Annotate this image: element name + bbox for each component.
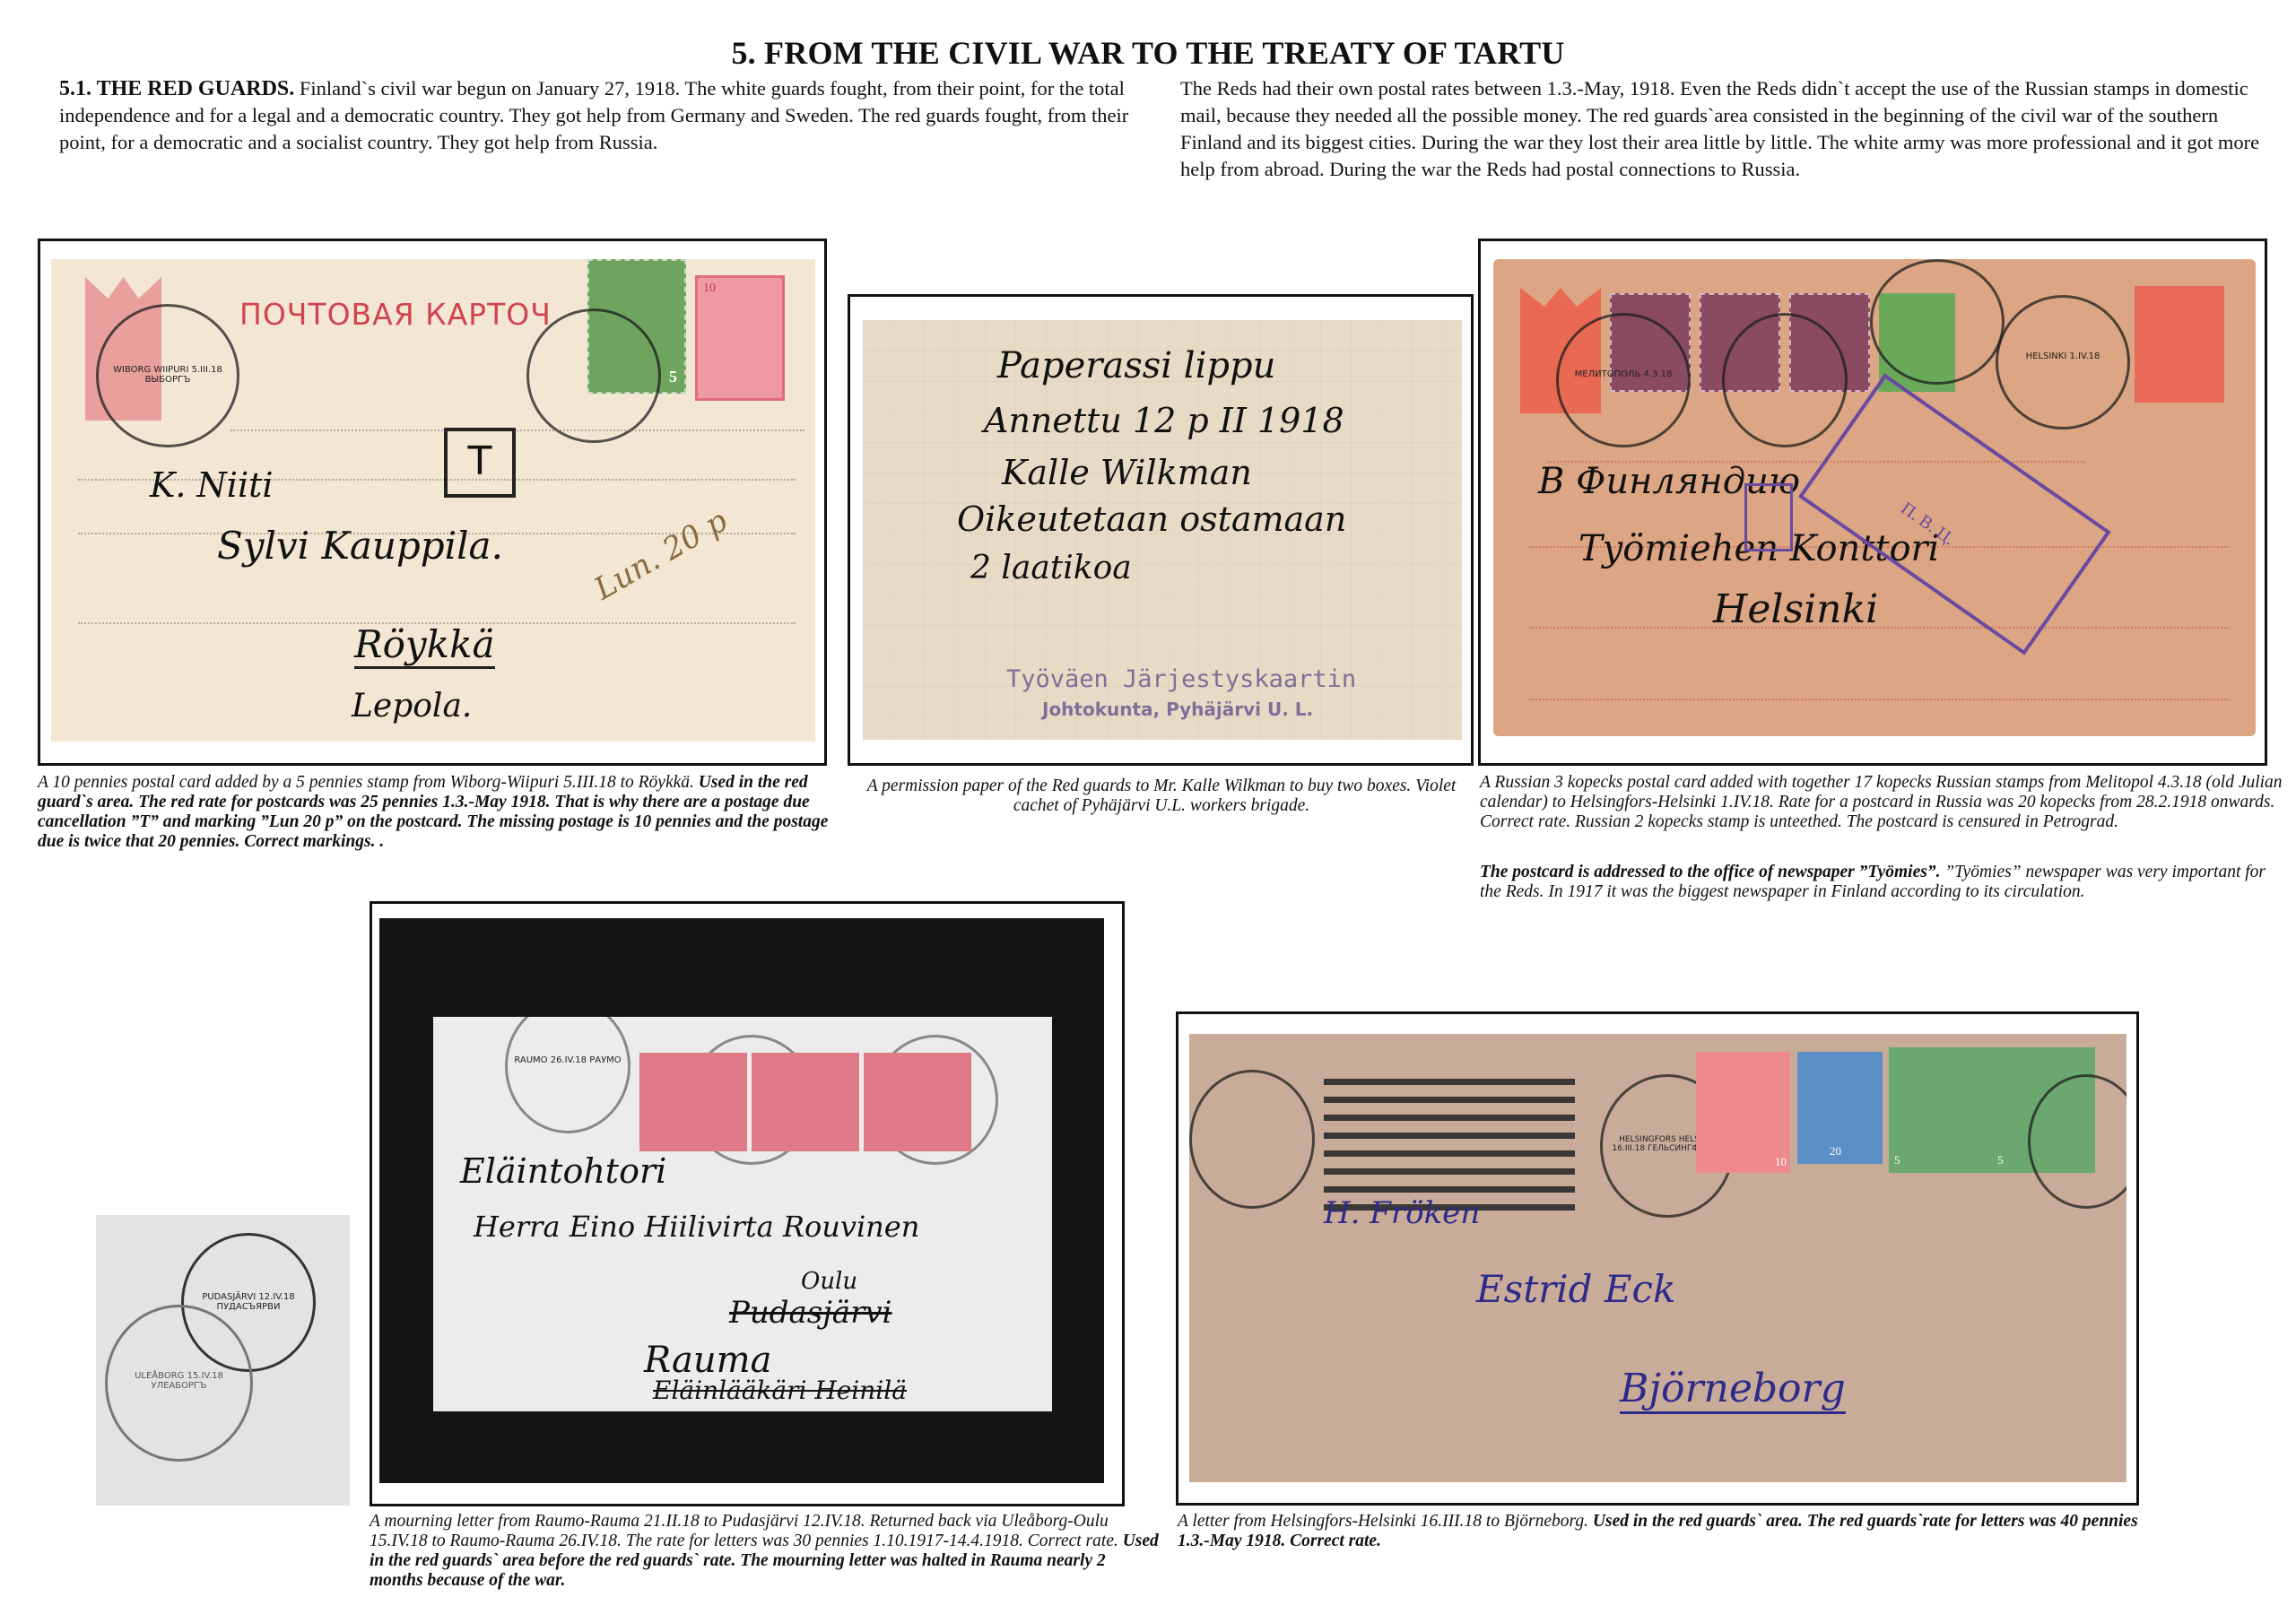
stamp-green-5p: 5 bbox=[1889, 1047, 1992, 1173]
page-title: 5. FROM THE CIVIL WAR TO THE TREATY OF T… bbox=[0, 34, 2296, 72]
stamp-red-10p bbox=[864, 1053, 971, 1151]
postage-due-t-mark: T bbox=[444, 428, 516, 498]
caption-russian-postal-card: A Russian 3 kopecks postal card added wi… bbox=[1480, 773, 2287, 832]
postal-card-wiborg-image: WIBORG WIIPURI 5.III.18 ВЫБОРГЪ ПОЧТОВАЯ… bbox=[51, 259, 815, 742]
handwriting-line: Lepola. bbox=[352, 688, 472, 725]
mourning-letter-image: RAUMO 26.IV.18 РАУМО Eläintohtori Herra … bbox=[379, 918, 1104, 1483]
caption-helsinki-letter: A letter from Helsingfors-Helsinki 16.II… bbox=[1178, 1512, 2164, 1551]
handwriting-line: Pudasjärvi bbox=[729, 1295, 891, 1331]
handwriting-line: Kalle Wilkman bbox=[1002, 453, 1252, 492]
handwriting-line: Annettu 12 p II 1918 bbox=[984, 401, 1344, 440]
postmark-helsinki bbox=[1189, 1070, 1315, 1209]
postmark-helsinki: HELSINKI 1.IV.18 bbox=[1996, 295, 2130, 430]
handwriting-line: Björneborg bbox=[1620, 1366, 1846, 1414]
handwriting-line: H. Fröken bbox=[1324, 1195, 1480, 1231]
permission-paper-image: Paperassi lippu Annettu 12 p II 1918 Kal… bbox=[863, 320, 1462, 740]
violet-cachet-line1: Työväen Järjestyskaartin bbox=[1006, 665, 1356, 693]
stamp-red-10p: 10 bbox=[1696, 1052, 1790, 1173]
postmark-raumo: RAUMO 26.IV.18 РАУМО bbox=[505, 1017, 631, 1133]
helsinki-letter-frame: HELSINGFORS HELSINKI 16.III.18 ГЕЛЬСИНГФ… bbox=[1176, 1011, 2139, 1506]
postmark-wiborg-right bbox=[526, 308, 661, 443]
violet-cachet-line2: Johtokunta, Pyhäjärvi U. L. bbox=[1042, 699, 1313, 720]
mourning-letter-white-area: RAUMO 26.IV.18 РАУМО Eläintohtori Herra … bbox=[433, 1017, 1052, 1411]
helsinki-letter-image: HELSINGFORS HELSINKI 16.III.18 ГЕЛЬСИНГФ… bbox=[1189, 1034, 2126, 1482]
stamp-red-10p bbox=[752, 1053, 859, 1151]
postmark-uleaborg: ULEÅBORG 15.IV.18 УЛЕАБОРГЪ bbox=[105, 1305, 253, 1462]
handwriting-line: Paperassi lippu bbox=[997, 345, 1275, 386]
handwriting-line: Estrid Eck bbox=[1476, 1267, 1675, 1311]
mourning-letter-frame: RAUMO 26.IV.18 РАУМО Eläintohtori Herra … bbox=[370, 901, 1125, 1506]
permission-paper-frame: Paperassi lippu Annettu 12 p II 1918 Kal… bbox=[848, 294, 1474, 766]
section-heading: 5.1. THE RED GUARDS. bbox=[59, 77, 294, 100]
handwriting-due-amount: Lun. 20 p bbox=[588, 503, 734, 608]
postmark-detail-image: PUDASJÄRVI 12.IV.18 ПУДАСЪЯРВИ ULEÅBORG … bbox=[96, 1215, 350, 1506]
postal-card-wiborg-frame: WIBORG WIIPURI 5.III.18 ВЫБОРГЪ ПОЧТОВАЯ… bbox=[38, 239, 827, 766]
handwriting-line: Sylvi Kauppila. bbox=[217, 524, 503, 568]
russian-postal-card-image: МЕЛИТОПОЛЬ 4.3.18 HELSINKI 1.IV.18 В Фин… bbox=[1493, 259, 2256, 736]
stamp-imprinted-3k bbox=[2135, 286, 2224, 403]
handwriting-line: Helsinki bbox=[1713, 586, 1878, 632]
stamp-red-10p bbox=[639, 1053, 747, 1151]
russian-postal-card-frame: МЕЛИТОПОЛЬ 4.3.18 HELSINKI 1.IV.18 В Фин… bbox=[1478, 239, 2267, 766]
handwriting-line: Oikeutetaan ostamaan bbox=[957, 499, 1346, 539]
handwriting-line: Eläintohtori bbox=[460, 1151, 666, 1191]
caption-mourning-letter: A mourning letter from Raumo-Rauma 21.II… bbox=[370, 1512, 1159, 1591]
postmark-melitopol bbox=[1722, 313, 1848, 447]
caption-postal-card-wiborg: A 10 pennies postal card added by a 5 pe… bbox=[38, 773, 836, 852]
note-tyomies: The postcard is addressed to the office … bbox=[1480, 863, 2287, 902]
handwriting-line: Oulu bbox=[801, 1268, 857, 1295]
censor-box-small bbox=[1744, 483, 1793, 551]
handwriting-line: Röykkä bbox=[354, 622, 495, 669]
handwriting-line: Eläinlääkäri Heinilä bbox=[653, 1376, 907, 1405]
handwriting-line: K. Niiti bbox=[150, 465, 274, 505]
stamp-blue-20p: 20 bbox=[1797, 1052, 1883, 1164]
intro-right-paragraph: The Reds had their own postal rates betw… bbox=[1180, 75, 2283, 183]
intro-left-paragraph: 5.1. THE RED GUARDS. Finland`s civil war… bbox=[59, 75, 1135, 156]
handwriting-line: Herra Eino Hiilivirta Rouvinen bbox=[474, 1210, 919, 1244]
handwriting-line: 2 laatikoa bbox=[970, 550, 1132, 586]
stamp-imprinted-red: 10 bbox=[695, 275, 785, 401]
postmark-helsinki bbox=[1870, 259, 2005, 385]
postmark-wiborg-left: WIBORG WIIPURI 5.III.18 ВЫБОРГЪ bbox=[96, 304, 239, 447]
card-header-text: ПОЧТОВАЯ КАРТОЧ bbox=[239, 297, 552, 332]
postmark-melitopol: МЕЛИТОПОЛЬ 4.3.18 bbox=[1556, 313, 1691, 447]
caption-permission-paper: A permission paper of the Red guards to … bbox=[848, 777, 1475, 816]
